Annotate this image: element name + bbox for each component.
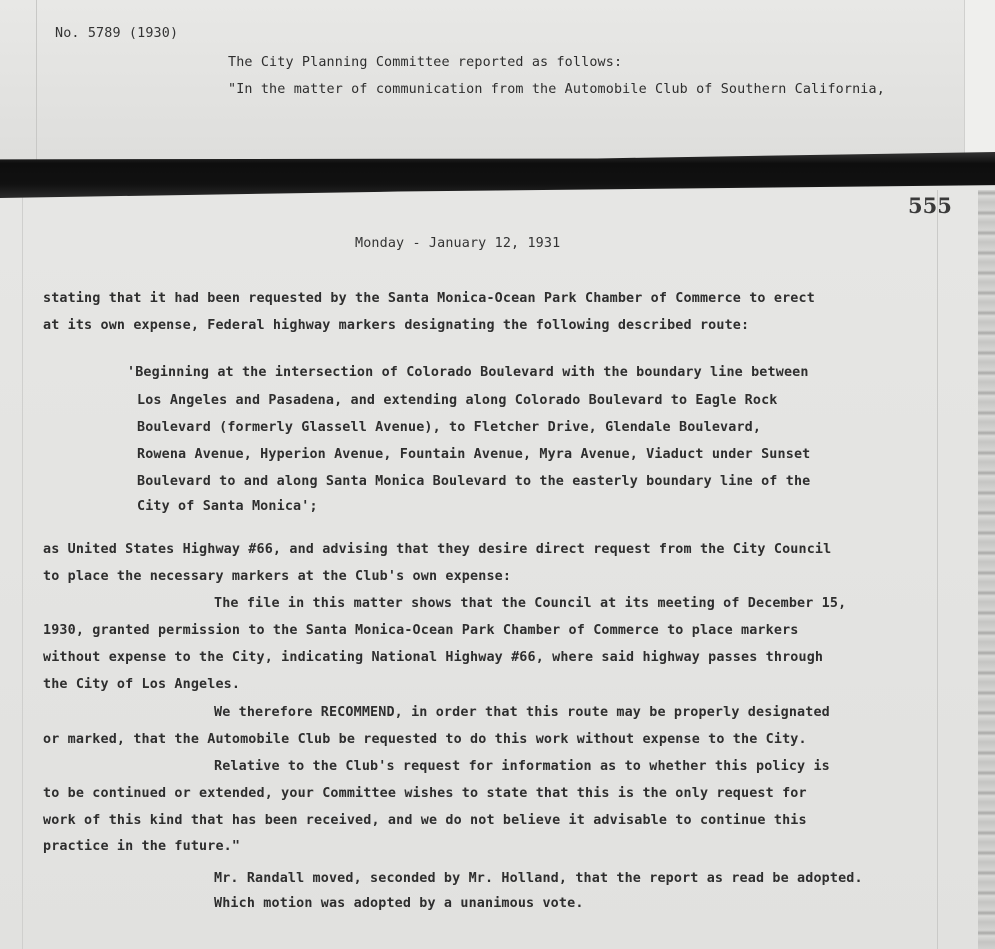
route-quote-line: Los Angeles and Pasadena, and extending … (137, 393, 778, 409)
route-quote-line: Boulevard (formerly Glassell Avenue), to… (137, 420, 761, 436)
paragraph-line: to be continued or extended, your Commit… (43, 786, 807, 802)
route-quote-line: Rowena Avenue, Hyperion Avenue, Fountain… (137, 447, 810, 463)
margin-line (22, 190, 23, 949)
margin-line (36, 0, 37, 160)
date-header: Monday - January 12, 1931 (355, 236, 560, 252)
document-number: No. 5789 (1930) (55, 26, 178, 42)
paragraph-line: 1930, granted permission to the Santa Mo… (43, 623, 799, 639)
paragraph-line: as United States Highway #66, and advisi… (43, 542, 831, 558)
motion-result-line: Which motion was adopted by a unanimous … (214, 896, 584, 912)
paragraph-line: without expense to the City, indicating … (43, 650, 823, 666)
paragraph-line: practice in the future." (43, 839, 240, 855)
paragraph-line: at its own expense, Federal highway mark… (43, 318, 749, 334)
committee-report-heading: The City Planning Committee reported as … (228, 55, 622, 71)
paragraph-line: Relative to the Club's request for infor… (214, 759, 830, 775)
motion-line: Mr. Randall moved, seconded by Mr. Holla… (214, 871, 863, 887)
binding-edge (978, 190, 995, 949)
previous-page-strip (0, 0, 995, 160)
report-opening-line: "In the matter of communication from the… (228, 82, 885, 98)
route-quote-line: 'Beginning at the intersection of Colora… (127, 365, 809, 381)
margin-line-right (937, 190, 938, 949)
paragraph-line: The file in this matter shows that the C… (214, 596, 846, 612)
paragraph-line: stating that it had been requested by th… (43, 291, 815, 307)
paragraph-line: or marked, that the Automobile Club be r… (43, 732, 807, 748)
page-edge (964, 0, 995, 160)
paragraph-line: to place the necessary markers at the Cl… (43, 569, 511, 585)
paragraph-line: work of this kind that has been received… (43, 813, 807, 829)
route-quote-line: City of Santa Monica'; (137, 499, 318, 515)
paragraph-line: the City of Los Angeles. (43, 677, 240, 693)
paragraph-line: We therefore RECOMMEND, in order that th… (214, 705, 830, 721)
route-quote-line: Boulevard to and along Santa Monica Boul… (137, 474, 810, 490)
page-number: 555 (908, 193, 952, 218)
